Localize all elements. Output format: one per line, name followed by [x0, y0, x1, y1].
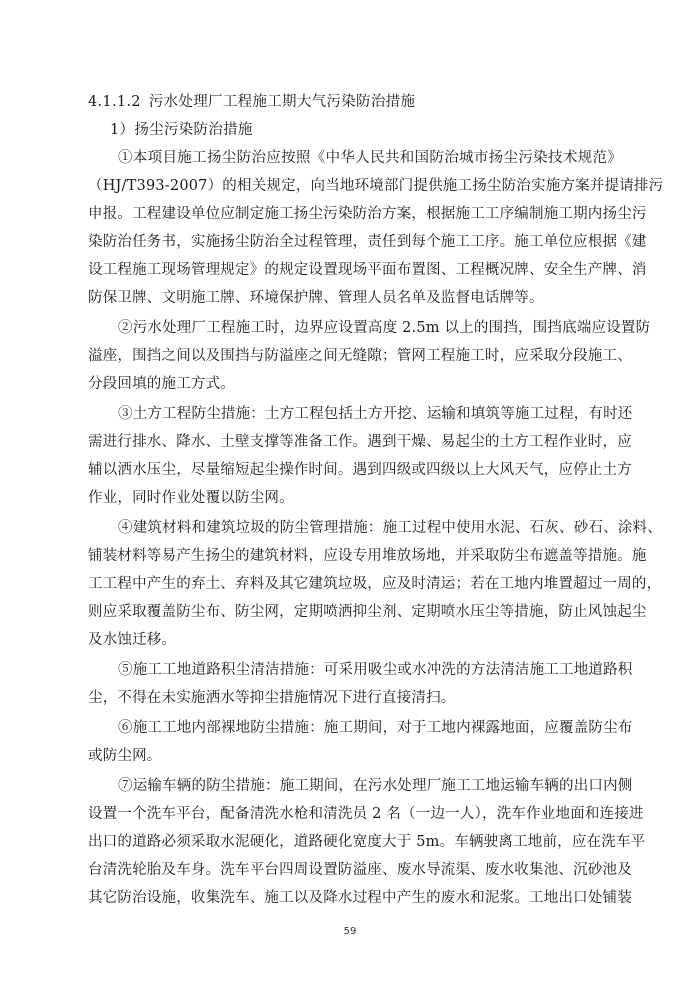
body-paragraph: ③土方工程防尘措施：土方工程包括土方开挖、运输和填筑等施工过程，有时还需进行排水… [88, 400, 622, 512]
body-paragraph: ②污水处理厂工程施工时，边界应设置高度 2.5m 以上的围挡，围挡底端应设置防溢… [88, 314, 622, 398]
text-line: 申报。工程建设单位应制定施工扬尘污染防治方案，根据施工工序编制施工期内扬尘污 [88, 200, 622, 228]
text-line: 或防尘网。 [88, 742, 622, 770]
text-line: 及水蚀迁移。 [88, 626, 622, 654]
text-line: 出口的道路必须采取水泥硬化，道路硬化宽度大于 5m。车辆驶离工地前，应在洗车平 [88, 828, 622, 856]
section-title: 污水处理厂工程施工期大气污染防治措施 [149, 94, 415, 110]
page-content: 4.1.1.2污水处理厂工程施工期大气污染防治措施 1）扬尘污染防治措施 ①本项… [88, 88, 622, 914]
text-line: 铺装材料等易产生扬尘的建筑材料，应设专用堆放场地，并采取防尘布遮盖等措施。施 [88, 542, 622, 570]
text-line: 其它防治设施，收集洗车、施工以及降水过程中产生的废水和泥浆。工地出口处铺装 [88, 884, 622, 912]
text-line: 则应采取覆盖防尘布、防尘网，定期喷洒抑尘剂、定期喷水压尘等措施，防止风蚀起尘 [88, 598, 622, 626]
body-paragraph: ①本项目施工扬尘防治应按照《中华人民共和国防治城市扬尘污染技术规范》（HJ/T3… [88, 144, 622, 312]
text-line: 分段回填的施工方式。 [88, 370, 622, 398]
text-line: ②污水处理厂工程施工时，边界应设置高度 2.5m 以上的围挡，围挡底端应设置防 [88, 314, 622, 342]
body-paragraph: ⑤施工工地道路积尘清洁措施：可采用吸尘或水冲洗的方法清洁施工工地道路积尘，不得在… [88, 656, 622, 712]
text-line: 防保卫牌、文明施工牌、环境保护牌、管理人员名单及监督电话牌等。 [88, 284, 622, 312]
section-heading: 4.1.1.2污水处理厂工程施工期大气污染防治措施 [88, 88, 622, 116]
section-number: 4.1.1.2 [88, 94, 141, 110]
body-paragraph: ⑦运输车辆的防尘措施：施工期间，在污水处理厂施工工地运输车辆的出口内侧设置一个洗… [88, 772, 622, 912]
text-line: （HJ/T393-2007）的相关规定，向当地环境部门提供施工扬尘防治实施方案并… [88, 172, 622, 200]
text-line: ④建筑材料和建筑垃圾的防尘管理措施：施工过程中使用水泥、石灰、砂石、涂料、 [88, 514, 622, 542]
text-line: ③土方工程防尘措施：土方工程包括土方开挖、运输和填筑等施工过程，有时还 [88, 400, 622, 428]
text-line: ⑥施工工地内部裸地防尘措施：施工期间，对于工地内裸露地面，应覆盖防尘布 [88, 714, 622, 742]
text-line: ⑦运输车辆的防尘措施：施工期间，在污水处理厂施工工地运输车辆的出口内侧 [88, 772, 622, 800]
body-paragraphs: ①本项目施工扬尘防治应按照《中华人民共和国防治城市扬尘污染技术规范》（HJ/T3… [88, 144, 622, 912]
text-line: 尘，不得在未实施洒水等抑尘措施情况下进行直接清扫。 [88, 684, 622, 712]
text-line: 作业，同时作业处覆以防尘网。 [88, 484, 622, 512]
document-page: 4.1.1.2污水处理厂工程施工期大气污染防治措施 1）扬尘污染防治措施 ①本项… [0, 0, 700, 989]
text-line: 台清洗轮胎及车身。洗车平台四周设置防溢座、废水导流渠、废水收集池、沉砂池及 [88, 856, 622, 884]
body-paragraph: ④建筑材料和建筑垃圾的防尘管理措施：施工过程中使用水泥、石灰、砂石、涂料、铺装材… [88, 514, 622, 654]
text-line: 需进行排水、降水、土壁支撑等准备工作。遇到干燥、易起尘的土方工程作业时，应 [88, 428, 622, 456]
subsection-heading: 1）扬尘污染防治措施 [88, 116, 622, 144]
text-line: ⑤施工工地道路积尘清洁措施：可采用吸尘或水冲洗的方法清洁施工工地道路积 [88, 656, 622, 684]
text-line: 工工程中产生的弃土、弃料及其它建筑垃圾，应及时清运；若在工地内堆置超过一周的， [88, 570, 622, 598]
text-line: 辅以洒水压尘，尽量缩短起尘操作时间。遇到四级或四级以上大风天气，应停止土方 [88, 456, 622, 484]
page-number: 59 [0, 926, 700, 937]
text-line: ①本项目施工扬尘防治应按照《中华人民共和国防治城市扬尘污染技术规范》 [88, 144, 622, 172]
body-paragraph: ⑥施工工地内部裸地防尘措施：施工期间，对于工地内裸露地面，应覆盖防尘布或防尘网。 [88, 714, 622, 770]
text-line: 设工程施工现场管理规定》的规定设置现场平面布置图、工程概况牌、安全生产牌、消 [88, 256, 622, 284]
text-line: 设置一个洗车平台，配备清洗水枪和清洗员 2 名（一边一人），洗车作业地面和连接进 [88, 800, 622, 828]
text-line: 溢座，围挡之间以及围挡与防溢座之间无缝隙；管网工程施工时，应采取分段施工、 [88, 342, 622, 370]
text-line: 染防治任务书，实施扬尘防治全过程管理，责任到每个施工工序。施工单位应根据《建 [88, 228, 622, 256]
